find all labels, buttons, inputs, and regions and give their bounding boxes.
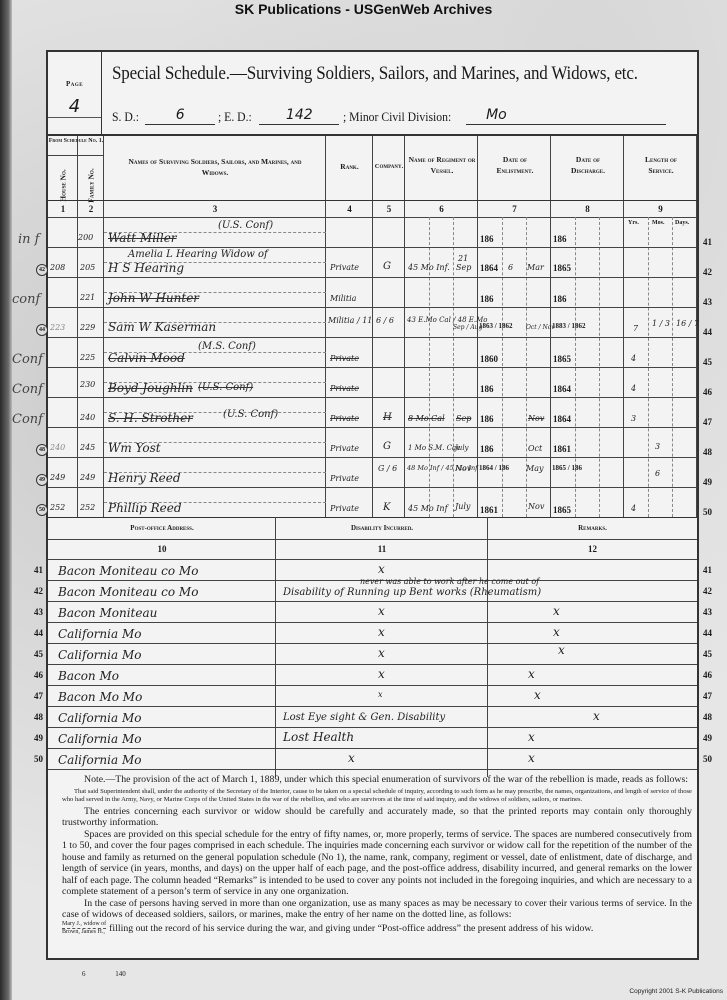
discharge-month: Oct: [528, 444, 542, 453]
rank: Private: [330, 414, 359, 423]
note-paragraph-1: Note.—The provision of the act of March …: [62, 774, 692, 786]
name-note: (U.S. Conf): [218, 220, 273, 231]
instructions-note: Note.—The provision of the act of March …: [62, 774, 692, 936]
mcd-label: ; Minor Civil Division:: [343, 109, 451, 125]
service-days: 16 / 7: [676, 319, 699, 328]
line-number: 50: [703, 507, 712, 517]
footer-num-a: 6: [82, 970, 86, 978]
row-rule: [48, 337, 697, 338]
length-header: Length of Service.: [632, 154, 690, 176]
enlist-year: 1861: [480, 505, 498, 515]
margin-annotation: Conf: [12, 352, 43, 367]
disability: Disability of Running up Bent works (Rhe…: [283, 587, 541, 598]
discharge-year: 1865: [553, 354, 571, 364]
remarks-header: Remarks.: [488, 523, 697, 534]
enlist-year: 186: [480, 294, 494, 304]
colnum-2: 2: [78, 204, 104, 214]
family-no: 240: [80, 413, 95, 422]
row-rule: [48, 601, 697, 602]
line-number: 45: [703, 649, 712, 659]
discharge-month: Mar: [527, 263, 544, 272]
note-paragraph-4: Spaces are provided on this special sche…: [62, 829, 692, 898]
disability: x: [378, 690, 383, 699]
post-office-address: Bacon Moniteau co Mo: [58, 564, 198, 578]
line-number: 42: [703, 586, 712, 596]
row-rule: [48, 277, 697, 278]
rank-header: Rank.: [326, 161, 373, 172]
discharge-year: 1865: [553, 263, 571, 273]
regiment-header: Name of Regiment or Vessel.: [407, 154, 477, 176]
example-block: Mary J., widow of Brown, James H.,: [62, 921, 106, 936]
enlist-month: July: [455, 444, 469, 452]
col-company-rule: [373, 136, 405, 517]
discharge-year: 1883 / 1862: [552, 322, 585, 330]
house-no: 223: [50, 323, 65, 332]
discharge-month: May: [526, 464, 543, 473]
enlist-year: 186: [480, 414, 494, 424]
colnum-11: 11: [276, 544, 488, 554]
disability: x: [348, 751, 355, 765]
line-number: 50: [703, 754, 712, 764]
circled-line-number: 44: [36, 324, 48, 336]
line-number: 41: [34, 565, 43, 575]
soldier-name: Watt Miller: [108, 231, 177, 245]
soldier-name: Calvin Mood: [108, 351, 185, 365]
line-number: 43: [34, 607, 43, 617]
footer-num-b: 140: [115, 970, 126, 978]
disability: x: [378, 667, 385, 681]
enlist-year: 1864 / 186: [479, 464, 509, 472]
regiment: 1 Mo S.M. Cav: [408, 444, 460, 452]
remarks: x: [593, 709, 600, 723]
line-number: 43: [703, 297, 712, 307]
header-rule: [48, 539, 697, 540]
colnum-10: 10: [48, 544, 276, 554]
service-years: 4: [631, 504, 636, 513]
remarks: x: [553, 625, 560, 639]
line-number: 47: [34, 691, 43, 701]
names-header: Names of Surviving Soldiers, Sailors, an…: [120, 156, 310, 178]
regiment: 45 Mo Inf.: [408, 263, 450, 272]
company: G / 6: [378, 464, 397, 473]
rank: Militia / 11: [328, 316, 372, 325]
rank: Private: [330, 354, 359, 363]
enlist-year: 186: [480, 384, 494, 394]
enlist-year: 186: [480, 444, 494, 454]
row-rule: [48, 748, 697, 749]
discharge-day: 6: [508, 263, 513, 272]
house-no: 240: [50, 443, 65, 452]
row-rule: [48, 307, 697, 308]
line-number: 45: [34, 649, 43, 659]
discharge-year: 1864: [553, 384, 571, 394]
margin-annotation: Conf: [12, 382, 43, 397]
circled-line-number: 50: [36, 504, 48, 516]
enlistment-header: Date of Enlistment.: [486, 154, 544, 176]
document-page: SK Publications - USGenWeb Archives Page…: [0, 0, 727, 1000]
page-number: 4: [48, 96, 101, 118]
widow-line: Amelia L Hearing Widow of: [128, 249, 268, 260]
discharge-month: Nov: [528, 414, 544, 423]
colnum-12: 12: [488, 544, 697, 554]
colnum-6: 6: [405, 204, 478, 214]
discharge-year: 1864: [553, 414, 571, 424]
house-no: 208: [50, 263, 65, 272]
soldier-name: S. H. Strother: [108, 411, 193, 425]
colnum-8: 8: [551, 204, 624, 214]
row-rule: [48, 457, 697, 458]
ed-label: ; E. D.:: [218, 109, 252, 125]
company-header: Company.: [373, 161, 405, 172]
soldier-name: Henry Reed: [108, 471, 181, 485]
company: G: [383, 441, 391, 452]
circled-line-number: 42: [36, 264, 48, 276]
line-number: 44: [703, 628, 712, 638]
service-months: 3: [655, 442, 660, 451]
line-number: 50: [34, 754, 43, 764]
example-bottom: Brown, James H.,: [62, 929, 106, 936]
remarks: never was able to work after he come out…: [360, 577, 539, 586]
rank: Private: [330, 504, 359, 513]
service-months: 1 / 3: [652, 319, 670, 328]
sd-label: S. D.:: [112, 109, 139, 125]
house-no-header: House No.: [58, 163, 69, 209]
family-no: 230: [80, 380, 95, 389]
discharge-header: Date of Discharge.: [559, 154, 617, 176]
house-no: 252: [50, 503, 65, 512]
row-rule: [48, 487, 697, 488]
service-years: 7: [633, 324, 638, 333]
line-number: 46: [703, 670, 712, 680]
discharge-year: 186: [553, 234, 567, 244]
family-no: 245: [80, 443, 95, 452]
scan-edge-shadow: [0, 0, 12, 1000]
post-office-address: California Mo: [58, 711, 141, 725]
from-schedule-header: From Schedule No. 1.: [48, 138, 104, 156]
colnum-4: 4: [326, 204, 373, 214]
line-number: 44: [34, 628, 43, 638]
line-number: 48: [703, 712, 712, 722]
discharge-year: 1865 / 186: [552, 464, 582, 472]
discharge-month: Oct / Nov: [526, 324, 555, 331]
footer-form-numbers: 6 140: [82, 970, 126, 978]
row-rule: [48, 247, 697, 248]
remarks: x: [528, 751, 535, 765]
regiment: 8 Mo Cal: [408, 414, 445, 423]
disability: x: [378, 646, 385, 660]
company: K: [383, 502, 390, 513]
census-form: Page 4 Special Schedule.—Surviving Soldi…: [46, 50, 699, 960]
post-office-address: California Mo: [58, 627, 141, 641]
name-note: (U.S. Conf): [198, 382, 253, 393]
mos-label: Mos.: [652, 220, 665, 226]
post-office-address: Bacon Mo: [58, 669, 119, 683]
disability: x: [378, 562, 385, 576]
family-no: 249: [80, 473, 95, 482]
enlist-month: Nov: [455, 464, 471, 473]
colnum-rule: [48, 559, 697, 560]
line-number: 49: [703, 477, 712, 487]
page-label: Page: [48, 80, 101, 88]
example-top: Mary J., widow of: [62, 921, 106, 929]
soldier-name: Sam W Kaserman: [108, 320, 216, 334]
discharge-month: Nov: [528, 502, 544, 511]
discharge-year: 1861: [553, 444, 571, 454]
disability: x: [378, 625, 385, 639]
line-number: 45: [703, 357, 712, 367]
margin-annotation: Conf: [12, 412, 43, 427]
copyright: Copyright 2001 S-K Publications: [629, 988, 723, 995]
colnum-3: 3: [104, 204, 326, 214]
remarks: x: [553, 604, 560, 618]
post-office-address: California Mo: [58, 732, 141, 746]
header-rule: [48, 200, 697, 201]
colnum-7: 7: [478, 204, 551, 214]
remarks: x: [558, 643, 565, 657]
name-note: (M.S. Conf): [198, 341, 256, 352]
page-box: Page 4: [48, 52, 102, 136]
enlist-year: 1863 / 1862: [479, 322, 512, 330]
row-rule: [48, 664, 697, 665]
post-office-address: California Mo: [58, 648, 141, 662]
line-number: 41: [703, 237, 712, 247]
soldier-name: Phillip Reed: [108, 501, 182, 515]
days-label: Days.: [675, 220, 689, 226]
site-header: SK Publications - USGenWeb Archives: [0, 0, 727, 17]
post-office-address: Bacon Mo Mo: [58, 690, 142, 704]
margin-annotation: conf: [12, 292, 40, 307]
family-no: 229: [80, 323, 95, 332]
form-title: Special Schedule.—Surviving Soldiers, Sa…: [112, 64, 638, 85]
title-block: Page 4 Special Schedule.—Surviving Soldi…: [48, 52, 697, 136]
post-office-header: Post-office Address.: [48, 523, 276, 534]
margin-annotation: in f: [18, 232, 39, 247]
disability: x: [378, 604, 385, 618]
colnum-9: 9: [624, 204, 697, 214]
line-number: 46: [703, 387, 712, 397]
service-years: 3: [631, 414, 636, 423]
line-number: 44: [703, 327, 712, 337]
enlist-month: Sep / Aug: [453, 324, 482, 331]
row-rule: [48, 769, 697, 770]
remarks: x: [528, 730, 535, 744]
family-no: 200: [78, 233, 93, 242]
post-office-address: Bacon Moniteau: [58, 606, 157, 620]
ed-value: 142: [259, 107, 339, 125]
line-number: 42: [703, 267, 712, 277]
soldier-name: John W Hunter: [108, 291, 199, 305]
circled-line-number: 49: [36, 474, 48, 486]
widow-example: Mary J., widow of Brown, James H., filli…: [62, 921, 692, 936]
regiment: 45 Mo Inf: [408, 504, 448, 513]
line-number: 49: [34, 733, 43, 743]
row-rule: [48, 706, 697, 707]
row-rule: [48, 727, 697, 728]
line-number: 42: [34, 586, 43, 596]
row-rule: [48, 622, 697, 623]
enlist-year: 1860: [480, 354, 498, 364]
enlist-month: Sep: [456, 263, 471, 272]
line-number: 47: [703, 417, 712, 427]
line-number: 48: [703, 447, 712, 457]
rank: Private: [330, 384, 359, 393]
yrs-label: Yrs.: [628, 220, 639, 226]
company: G: [383, 261, 391, 272]
line-number: 48: [34, 712, 43, 722]
soldier-name: Boyd Joughlin: [108, 381, 193, 395]
family-no-header: Family No.: [86, 163, 97, 209]
company: H: [383, 412, 392, 423]
line-number: 47: [703, 691, 712, 701]
line-number: 43: [703, 607, 712, 617]
note-paragraph-3: The entries concerning each survivor or …: [62, 806, 692, 829]
rank: Private: [330, 444, 359, 453]
disability: Lost Eye sight & Gen. Disability: [283, 712, 445, 723]
name-note: (U.S. Conf): [223, 409, 278, 420]
post-office-address: California Mo: [58, 753, 141, 767]
disability: Lost Health: [283, 730, 354, 744]
note-paragraph-6: filling out the record of his service du…: [109, 922, 593, 933]
sd-value: 6: [145, 107, 215, 125]
enlist-day: 21: [458, 254, 468, 263]
disability-header: Disability Incurred.: [276, 523, 488, 534]
col-rank-rule: [326, 136, 373, 517]
family-no: 205: [80, 263, 95, 272]
enlist-year: 186: [480, 234, 494, 244]
row-rule: [48, 427, 697, 428]
line-number: 46: [34, 670, 43, 680]
discharge-year: 186: [553, 294, 567, 304]
rank: Private: [330, 474, 359, 483]
post-office-address: Bacon Moniteau co Mo: [58, 585, 198, 599]
service-months: 6: [655, 469, 660, 478]
line-number: 41: [703, 565, 712, 575]
house-no: 249: [50, 473, 65, 482]
circled-line-number: 48: [36, 444, 48, 456]
discharge-year: 1865: [553, 505, 571, 515]
enlist-month: July: [455, 502, 470, 511]
rank: Militia: [330, 294, 356, 303]
service-years: 4: [631, 354, 636, 363]
colnum-5: 5: [373, 204, 405, 214]
family-no: 221: [80, 293, 95, 302]
colnum-1: 1: [48, 204, 78, 214]
soldier-name: Wm Yost: [108, 441, 161, 455]
rank: Private: [330, 263, 359, 272]
enlist-year: 1864: [480, 263, 498, 273]
company: 6 / 6: [376, 316, 394, 325]
remarks: x: [528, 667, 535, 681]
row-rule: [48, 685, 697, 686]
family-no: 252: [80, 503, 95, 512]
lower-table: Post-office Address. Disability Incurred…: [48, 517, 697, 777]
enlist-month: Sep: [456, 414, 471, 423]
row-rule: [48, 367, 697, 368]
row-rule: [48, 643, 697, 644]
note-paragraph-5: In the case of persons having served in …: [62, 898, 692, 921]
note-quote: That said Superintendent shall, under th…: [62, 788, 692, 804]
service-years: 4: [631, 384, 636, 393]
regiment: 43 E.Mo Cal / 48 E.Mo: [407, 316, 488, 324]
mcd-value: Mo: [466, 107, 666, 125]
row-rule: [48, 397, 697, 398]
upper-table: From Schedule No. 1. House No. Family No…: [48, 136, 697, 517]
family-no: 225: [80, 353, 95, 362]
district-line: S. D.: 6 ; E. D.: 142 ; Minor Civil Divi…: [112, 107, 692, 125]
line-number: 49: [703, 733, 712, 743]
soldier-name: H S Hearing: [108, 261, 184, 275]
remarks: x: [534, 688, 541, 702]
